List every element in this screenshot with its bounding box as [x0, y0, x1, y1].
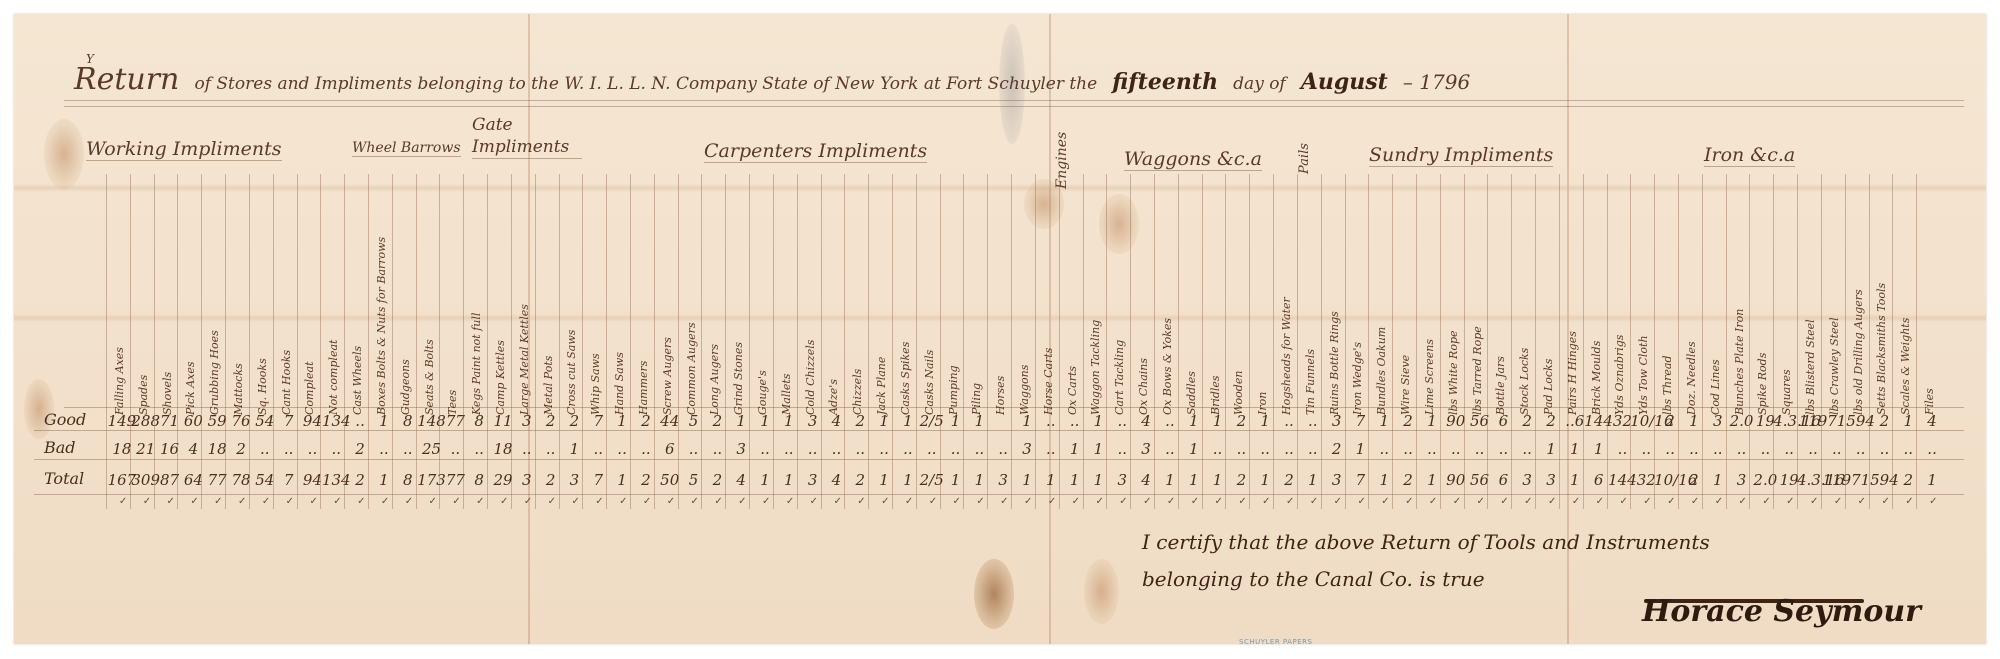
column-rule [1702, 174, 1703, 509]
column-rule [1059, 174, 1060, 509]
column-header: Bridles [1209, 375, 1222, 415]
group-waggons: Waggons &c.a [1124, 148, 1262, 171]
column-header: Waggon Tackling [1089, 320, 1102, 415]
column-rule [1869, 174, 1870, 509]
column-rule [582, 174, 583, 509]
column-rule [1249, 174, 1250, 509]
column-rule [1559, 174, 1560, 509]
stain [1084, 559, 1119, 624]
column-rule [1511, 174, 1512, 509]
column-rule [487, 174, 488, 509]
column-header: lbs White Rope [1447, 331, 1460, 416]
check-mark-icon: ✓ [1739, 496, 1747, 507]
check-mark-icon: ✓ [1238, 496, 1246, 507]
check-mark-icon: ✓ [1905, 496, 1913, 507]
column-rule [963, 174, 964, 509]
check-mark-icon: ✓ [1548, 496, 1556, 507]
check-mark-icon: ✓ [214, 496, 222, 507]
column-header: Screw Augers [661, 337, 674, 415]
column-rule [225, 174, 226, 509]
column-header: Boxes Bolts & Nuts for Barrows [375, 237, 388, 415]
column-rule [511, 174, 512, 509]
check-mark-icon: ✓ [119, 496, 127, 507]
column-header: Falling Axes [113, 347, 126, 415]
document-title: Return of Stores and Impliments belongin… [74, 62, 1470, 112]
column-header: Bottle Jars [1494, 356, 1507, 415]
column-rule [821, 174, 822, 509]
column-header: Cross cut Saws [565, 330, 578, 415]
column-rule [1416, 174, 1417, 509]
check-mark-icon: ✓ [476, 496, 484, 507]
column-header: Files [1923, 388, 1936, 415]
column-rule [201, 174, 202, 509]
column-header: lbs old Drilling Augers [1852, 289, 1865, 415]
column-header: Kegs Paint not full [470, 313, 483, 415]
column-header: Cart Tackling [1113, 340, 1126, 415]
column-header: Metal Pots [542, 356, 555, 415]
column-header: Ox Chains [1137, 358, 1150, 415]
check-mark-icon: ✓ [810, 496, 818, 507]
column-rule [1392, 174, 1393, 509]
check-mark-icon: ✓ [1810, 496, 1818, 507]
column-rule [154, 174, 155, 509]
column-rule [987, 174, 988, 509]
column-header: Yds Tow Cloth [1637, 335, 1650, 415]
column-rule [1202, 174, 1203, 509]
column-header: Cant Hooks [280, 350, 293, 415]
column-header: Gudgeons [399, 359, 412, 415]
check-mark-icon: ✓ [1381, 496, 1389, 507]
column-rule [1583, 174, 1584, 509]
column-rule [892, 174, 893, 509]
check-mark-icon: ✓ [524, 496, 532, 507]
column-header: Setts Blacksmiths Tools [1875, 283, 1888, 415]
column-header: Spike Rods [1756, 353, 1769, 415]
column-rule [1821, 174, 1822, 509]
check-mark-icon: ✓ [452, 496, 460, 507]
column-header: Piling [970, 383, 983, 415]
column-header: lbs Crawley Steel [1828, 317, 1841, 415]
column-header: Horses [994, 376, 1007, 415]
column-rule [1916, 174, 1917, 509]
column-rule [1487, 174, 1488, 509]
check-mark-icon: ✓ [238, 496, 246, 507]
check-mark-icon: ✓ [1762, 496, 1770, 507]
column-header: Pumping [947, 365, 960, 415]
check-mark-icon: ✓ [1643, 496, 1651, 507]
check-mark-icon: ✓ [571, 496, 579, 507]
check-mark-icon: ✓ [1524, 496, 1532, 507]
column-rule [249, 174, 250, 509]
column-header: Compleat [303, 361, 316, 415]
check-mark-icon: ✓ [1143, 496, 1151, 507]
column-rule [1654, 174, 1655, 509]
column-header: Grind Stones [732, 342, 745, 415]
group-pails: Pails [1297, 143, 1312, 174]
group-gate-impliments: Gate Impliments [472, 114, 582, 159]
check-mark-icon: ✓ [762, 496, 770, 507]
check-mark-icon: ✓ [1000, 496, 1008, 507]
column-rule [725, 174, 726, 509]
column-header: lbs Thread [1661, 356, 1674, 416]
check-mark-icon: ✓ [286, 496, 294, 507]
column-header: Hogsheads for Water [1280, 297, 1293, 415]
date-month: August [1301, 69, 1388, 95]
check-mark-icon: ✓ [1500, 496, 1508, 507]
column-rule [1773, 174, 1774, 509]
check-mark-icon: ✓ [548, 496, 556, 507]
check-mark-icon: ✓ [1048, 496, 1056, 507]
check-mark-icon: ✓ [500, 496, 508, 507]
cell-bad: .. [1916, 440, 1948, 458]
column-header: Squares [1780, 369, 1793, 415]
column-rule [1678, 174, 1679, 509]
column-header: Ruins Bottle Rings [1328, 311, 1341, 415]
check-mark-icon: ✓ [1024, 496, 1032, 507]
column-rule [797, 174, 798, 509]
header-bottom-rule [64, 407, 1964, 408]
column-rule [1440, 174, 1441, 509]
check-mark-icon: ✓ [1167, 496, 1175, 507]
column-rule [630, 174, 631, 509]
column-rule [749, 174, 750, 509]
column-header: Lime Screens [1423, 339, 1436, 415]
column-header: Gouge's [756, 370, 769, 415]
stain [974, 559, 1014, 629]
row-label-good: Good [44, 410, 86, 429]
column-rule [177, 174, 178, 509]
column-rule [463, 174, 464, 509]
certification-line-1: I certify that the above Return of Tools… [1142, 530, 1710, 554]
column-header: Stock Locks [1518, 348, 1531, 415]
column-rule [678, 174, 679, 509]
row-label-total: Total [44, 469, 84, 488]
column-header: Pairs H Hinges [1566, 331, 1579, 415]
check-mark-icon: ✓ [881, 496, 889, 507]
table-top-rule [64, 100, 1964, 101]
column-rule [1035, 174, 1036, 509]
column-header: Mallets [780, 374, 793, 415]
column-rule [1083, 174, 1084, 509]
check-mark-icon: ✓ [738, 496, 746, 507]
check-mark-icon: ✓ [333, 496, 341, 507]
column-rule [1368, 174, 1369, 509]
check-mark-icon: ✓ [714, 496, 722, 507]
column-rule [1797, 174, 1798, 509]
check-mark-icon: ✓ [309, 496, 317, 507]
check-mark-icon: ✓ [1119, 496, 1127, 507]
column-header: Bundles Oakum [1375, 327, 1388, 415]
column-rule [701, 174, 702, 509]
check-mark-icon: ✓ [262, 496, 270, 507]
column-rule [1726, 174, 1727, 509]
column-header: Adze's [827, 379, 840, 415]
column-rule [106, 174, 107, 509]
column-header: Cold Chizzels [804, 340, 817, 415]
check-mark-icon: ✓ [1572, 496, 1580, 507]
column-header: Doz. Needles [1685, 341, 1698, 415]
column-rule [1011, 174, 1012, 509]
check-mark-icon: ✓ [143, 496, 151, 507]
column-header: Wooden [1232, 371, 1245, 415]
signature: Horace Seymour [1642, 594, 1921, 629]
row-rule [34, 494, 1964, 495]
date-connector: day of [1233, 74, 1286, 94]
column-header: Mattocks [232, 363, 245, 415]
column-header: Grubbing Hoes [208, 330, 221, 415]
column-rule [1535, 174, 1536, 509]
column-rule [320, 174, 321, 509]
column-header: Jack Plane [875, 357, 888, 415]
stain [1099, 194, 1139, 254]
check-mark-icon: ✓ [1667, 496, 1675, 507]
check-mark-icon: ✓ [167, 496, 175, 507]
column-rule [439, 174, 440, 509]
check-mark-icon: ✓ [381, 496, 389, 507]
check-mark-icon: ✓ [857, 496, 865, 507]
column-header: Sq. Hooks [256, 358, 269, 415]
column-rule [273, 174, 274, 509]
column-rule [1892, 174, 1893, 509]
column-rule [773, 174, 774, 509]
group-sundry-impliments: Sundry Impliments [1369, 144, 1553, 167]
check-mark-icon: ✓ [976, 496, 984, 507]
column-header: lbs Tarred Rope [1471, 326, 1484, 415]
column-rule [1321, 174, 1322, 509]
column-header: Horse Carts [1042, 348, 1055, 415]
column-header: Casks Spikes [899, 342, 912, 415]
column-rule [654, 174, 655, 509]
column-rule [392, 174, 393, 509]
column-rule [1630, 174, 1631, 509]
check-mark-icon: ✓ [1881, 496, 1889, 507]
check-mark-icon: ✓ [929, 496, 937, 507]
group-working-impliments: Working Impliments [86, 138, 282, 161]
column-header: Ox Bows & Yokes [1161, 318, 1174, 415]
check-mark-icon: ✓ [643, 496, 651, 507]
column-header: Cod Lines [1709, 359, 1722, 415]
column-rule [297, 174, 298, 509]
check-mark-icon: ✓ [1929, 496, 1937, 507]
column-rule [559, 174, 560, 509]
date-year: – 1796 [1403, 70, 1470, 94]
column-header: Cast Wheels [351, 346, 364, 415]
column-rule [1273, 174, 1274, 509]
check-mark-icon: ✓ [190, 496, 198, 507]
horizontal-fold [14, 184, 1986, 192]
column-rule [1464, 174, 1465, 509]
title-prefix: Return [74, 62, 179, 97]
column-header: Brick Moulds [1590, 341, 1603, 415]
column-header: Wire Sieve [1399, 355, 1412, 415]
column-header: lbs Blisterd Steel [1804, 319, 1817, 415]
check-mark-icon: ✓ [1191, 496, 1199, 507]
cell-total: 1 [1916, 471, 1948, 489]
check-mark-icon: ✓ [1858, 496, 1866, 507]
check-mark-icon: ✓ [1310, 496, 1318, 507]
column-header: Chizzels [851, 369, 864, 415]
stain [44, 119, 84, 189]
column-rule [868, 174, 869, 509]
check-mark-icon: ✓ [1477, 496, 1485, 507]
column-header: Hammers [637, 361, 650, 415]
column-header: Spades [137, 375, 150, 415]
check-mark-icon: ✓ [1786, 496, 1794, 507]
cell-good: 1 [963, 412, 995, 430]
check-mark-icon: ✓ [1691, 496, 1699, 507]
column-header: Camp Kettles [494, 340, 507, 415]
check-mark-icon: ✓ [667, 496, 675, 507]
column-header: Waggons [1018, 365, 1031, 415]
check-mark-icon: ✓ [691, 496, 699, 507]
column-header: Casks Nails [923, 350, 936, 415]
column-header: Hand Saws [613, 352, 626, 415]
column-header: Yds Oznabrigs [1613, 335, 1626, 415]
column-rule [1845, 174, 1846, 509]
column-header: Common Augers [685, 322, 698, 415]
column-header: Saddles [1185, 371, 1198, 415]
column-header: Not compleat [327, 340, 340, 415]
certification-line-2: belonging to the Canal Co. is true [1142, 567, 1485, 591]
check-mark-icon: ✓ [1619, 496, 1627, 507]
column-header: Ox Carts [1066, 366, 1079, 415]
check-mark-icon: ✓ [1405, 496, 1413, 507]
column-rule [1106, 174, 1107, 509]
check-mark-icon: ✓ [1215, 496, 1223, 507]
check-mark-icon: ✓ [953, 496, 961, 507]
check-mark-icon: ✓ [1095, 496, 1103, 507]
group-iron: Iron &c.a [1704, 144, 1795, 167]
column-rule [535, 174, 536, 509]
column-header: Iron Wedge's [1351, 342, 1364, 415]
check-mark-icon: ✓ [1286, 496, 1294, 507]
check-mark-icon: ✓ [1715, 496, 1723, 507]
cell-good: 4 [1916, 412, 1948, 430]
group-carpenters-impliments: Carpenters Impliments [704, 140, 927, 163]
date-day: fifteenth [1112, 69, 1218, 95]
row-label-bad: Bad [44, 438, 76, 457]
column-rule [1607, 174, 1608, 509]
column-rule [1297, 174, 1298, 509]
check-mark-icon: ✓ [1596, 496, 1604, 507]
check-mark-icon: ✓ [1262, 496, 1270, 507]
column-rule [1130, 174, 1131, 509]
check-mark-icon: ✓ [1072, 496, 1080, 507]
column-rule [368, 174, 369, 509]
check-mark-icon: ✓ [1357, 496, 1365, 507]
group-engines: Engines [1054, 132, 1070, 189]
check-mark-icon: ✓ [1453, 496, 1461, 507]
column-header: Pad Locks [1542, 359, 1555, 415]
column-rule [940, 174, 941, 509]
check-mark-icon: ✓ [1834, 496, 1842, 507]
check-mark-icon: ✓ [905, 496, 913, 507]
column-rule [1345, 174, 1346, 509]
row-rule [34, 430, 1964, 431]
check-mark-icon: ✓ [1334, 496, 1342, 507]
column-rule [1749, 174, 1750, 509]
column-header: Seats & Bolts [423, 339, 436, 415]
archive-stamp: SCHUYLER PAPERS [1239, 638, 1312, 646]
title-main: of Stores and Impliments belonging to th… [194, 74, 1097, 94]
check-mark-icon: ✓ [405, 496, 413, 507]
column-rule [1225, 174, 1226, 509]
horizontal-fold [14, 314, 1986, 322]
column-header: Bunches Plate Iron [1733, 309, 1746, 415]
check-mark-icon: ✓ [619, 496, 627, 507]
row-rule [34, 459, 1964, 460]
column-header: Scales & Weights [1899, 318, 1912, 415]
column-rule [606, 174, 607, 509]
column-rule [344, 174, 345, 509]
table-top-rule [64, 106, 1964, 107]
check-mark-icon: ✓ [833, 496, 841, 507]
column-rule [130, 174, 131, 509]
column-rule [844, 174, 845, 509]
group-wheel-barrows: Wheel Barrows [352, 140, 461, 157]
check-mark-icon: ✓ [786, 496, 794, 507]
check-mark-icon: ✓ [429, 496, 437, 507]
check-mark-icon: ✓ [595, 496, 603, 507]
column-rule [1178, 174, 1179, 509]
check-mark-icon: ✓ [357, 496, 365, 507]
column-rule [916, 174, 917, 509]
column-header: Long Augers [708, 344, 721, 415]
column-header: Large Metal Kettles [518, 304, 531, 415]
column-header: Shovels [161, 372, 174, 415]
column-header: Whip Saws [589, 353, 602, 415]
column-rule [416, 174, 417, 509]
column-header: Pick Axes [184, 361, 197, 415]
check-mark-icon: ✓ [1429, 496, 1437, 507]
manuscript-sheet: Y Return of Stores and Impliments belong… [14, 14, 1986, 644]
column-rule [1154, 174, 1155, 509]
column-header: Tin Funnels [1304, 349, 1317, 415]
